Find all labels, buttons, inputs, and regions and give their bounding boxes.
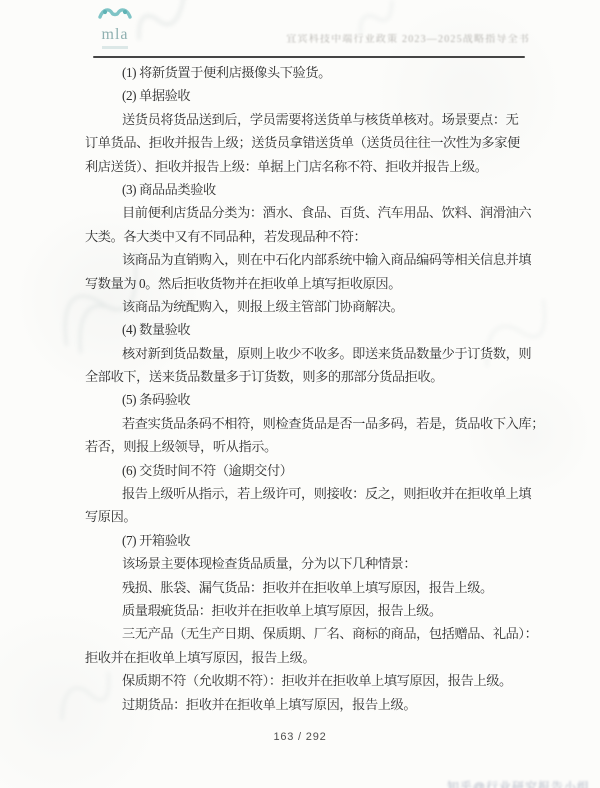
scanned-document-page: mla 宜宾科技中端行业政策 2023—2025战略指导全书 (1) 将新货置于… (0, 0, 600, 788)
text-line: (2) 单据验收 (85, 84, 530, 107)
text-line: 目前便利店货品分类为：酒水、食品、百货、汽车用品、饮料、润滑油六 (85, 201, 530, 224)
text-line: 利店送货）、拒收并报告上级：单据上门店名称不符、拒收并报告上级。 (85, 155, 530, 178)
text-line: 残损、胀袋、漏气货品：拒收并在拒收单上填写原因，报告上级。 (85, 576, 530, 599)
text-line: 全部收下，送来货品数量多于订货数，则多的那部分货品拒收。 (85, 365, 530, 388)
text-line: (4) 数量验收 (85, 318, 530, 341)
document-lines: (1) 将新货置于便利店摄像头下验货。(2) 单据验收送货员将货品送到后，学员需… (85, 61, 530, 716)
mla-logo-icon (92, 5, 138, 26)
text-line: 该商品为直销购入，则在中石化内部系统中输入商品编码等相关信息并填 (85, 248, 530, 271)
mla-logo: mla (92, 5, 138, 49)
text-line: (1) 将新货置于便利店摄像头下验货。 (85, 61, 530, 84)
text-line: 送货员将货品送到后，学员需要将送货单与核货单核对。场景要点：无 (85, 108, 530, 131)
text-line: 若查实货品条码不相符，则检查货品是否一品多码，若是，货品收下入库； (85, 412, 530, 435)
text-line: (7) 开箱验收 (85, 529, 530, 552)
text-line: 过期货品：拒收并在拒收单上填写原因，报告上级。 (85, 693, 530, 716)
text-line: 写原因。 (85, 505, 530, 528)
text-line: (6) 交货时间不符（逾期交付） (85, 459, 530, 482)
mla-logo-tagline (102, 46, 128, 49)
running-title: 宜宾科技中端行业政策 2023—2025战略指导全书 (286, 34, 530, 46)
corner-watermark: 知乎@行业研究报告小组 (447, 778, 590, 788)
text-line: 质量瑕疵货品：拒收并在拒收单上填写原因，报告上级。 (85, 599, 530, 622)
text-line: 若否，则报上级领导，听从指示。 (85, 435, 530, 458)
text-line: 三无产品（无生产日期、保质期、厂名、商标的商品，包括赠品、礼品）： (85, 622, 530, 645)
text-line: 保质期不符（允收期不符）：拒收并在拒收单上填写原因，报告上级。 (85, 669, 530, 692)
text-line: 订单货品、拒收并报告上级；送货员拿错送货单（送货员往往一次性为多家便 (85, 131, 530, 154)
text-line: 报告上级听从指示，若上级许可，则接收：反之，则拒收并在拒收单上填 (85, 482, 530, 505)
text-line: (3) 商品品类验收 (85, 178, 530, 201)
text-line: 核对新到货品数量，原则上收少不收多。即送来货品数量少于订货数，则 (85, 342, 530, 365)
page-number: 163 / 292 (0, 731, 600, 743)
text-line: 该场景主要体现检查货品质量，分为以下几种情景： (85, 552, 530, 575)
text-line: 大类。各大类中又有不同品种，若发现品种不符： (85, 225, 530, 248)
text-line: (5) 条码验收 (85, 388, 530, 411)
text-line: 拒收并在拒收单上填写原因，报告上级。 (85, 646, 530, 669)
text-line: 写数量为 0。然后拒收货物并在拒收单上填写拒收原因。 (85, 272, 530, 295)
header-divider-line (93, 56, 525, 58)
text-line: 该商品为统配购入，则报上级主管部门协商解决。 (85, 295, 530, 318)
mla-logo-text: mla (102, 26, 129, 43)
